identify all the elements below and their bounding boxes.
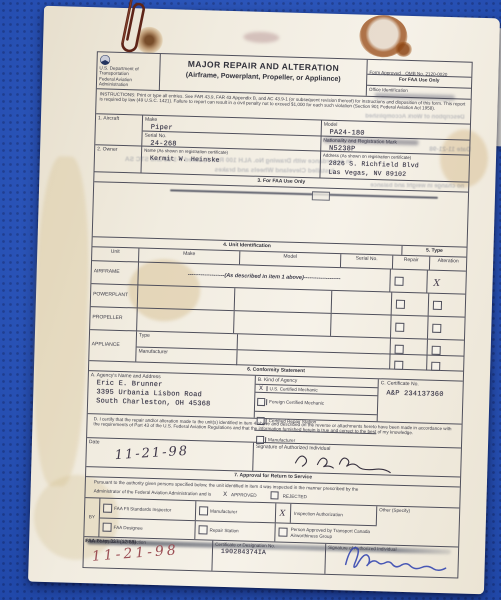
by-label: BY bbox=[84, 498, 99, 536]
repair-station-checkbox bbox=[198, 526, 207, 535]
section-3-label: 3. For FAA Use Only bbox=[257, 178, 305, 185]
inspection-authorization-x-mark: X bbox=[278, 508, 287, 517]
inspection-authorization-label: Inspection Authorization bbox=[290, 504, 343, 524]
propeller-make-cell bbox=[136, 308, 234, 333]
col-serial: Serial No. bbox=[340, 254, 392, 268]
propeller-serial-cell bbox=[330, 314, 391, 338]
powerplant-label: POWERPLANT bbox=[91, 284, 138, 307]
conformity-signature-handwriting bbox=[283, 451, 414, 475]
propeller-model-cell bbox=[233, 311, 331, 336]
other-specify-label: Other (Specify) bbox=[377, 506, 459, 516]
appliance-type-repair-cell bbox=[390, 339, 427, 355]
repair-station-label: Repair Station bbox=[209, 528, 238, 534]
kind-of-agency-cell: B. Kind of Agency X U.S. Certified Mecha… bbox=[254, 376, 378, 421]
col-alteration: Alteration bbox=[429, 257, 466, 271]
powerplant-repair-cell bbox=[391, 293, 429, 316]
title-block: MAJOR REPAIR AND ALTERATION (Airframe, P… bbox=[159, 54, 367, 96]
conformity-date-cell: Date 11-21-98 bbox=[86, 438, 253, 471]
by-faa-designee-cell: FAA Designee bbox=[99, 518, 194, 539]
photo-scene: U.S. Department of Transportation Federa… bbox=[0, 0, 501, 600]
faa-designee-checkbox bbox=[102, 523, 111, 532]
section-5-label: 5. Type bbox=[401, 246, 466, 257]
conformity-signature-cell: Signature of Authorized Individual bbox=[252, 443, 461, 477]
certificate-no-value: A&P 234137360 bbox=[378, 389, 462, 400]
certificate-no-cell: C. Certificate No. A&P 234137360 bbox=[377, 379, 463, 423]
faa-form-337: U.S. Department of Transportation Federa… bbox=[82, 51, 472, 578]
paper-sheet: U.S. Department of Transportation Federa… bbox=[28, 6, 500, 595]
manufacturer-label: Manufacturer bbox=[210, 508, 237, 514]
stain-left-band bbox=[31, 156, 92, 487]
appliance-mfr-repair-cell bbox=[389, 355, 426, 371]
airframe-repair-cell bbox=[389, 270, 427, 293]
propeller-alteration-checkbox bbox=[432, 324, 441, 333]
appliance-mfr-alteration-cell bbox=[426, 356, 463, 372]
powerplant-serial-cell bbox=[331, 291, 392, 315]
appliance-label: APPLIANCE bbox=[89, 330, 136, 361]
section-3-empty-area bbox=[93, 181, 468, 246]
header-right-block: Form Approved OMB No. 2120-0020 For FAA … bbox=[366, 60, 472, 99]
approved-label: APPROVED bbox=[231, 492, 257, 498]
airframe-repair-checkbox bbox=[394, 277, 403, 286]
faa-flt-standards-label: FAA Flt Standards Inspector bbox=[114, 505, 171, 512]
kind-foreign-checkbox bbox=[255, 393, 266, 411]
designation-no-cell: Certificate or Designation No. 190284374… bbox=[211, 541, 325, 574]
section-2-label: 2. Owner bbox=[95, 145, 142, 172]
faa-flt-standards-checkbox bbox=[103, 503, 112, 512]
certificate-no-label: C. Certificate No. bbox=[379, 379, 463, 389]
appliance-manufacturer-label: Manufacturer bbox=[136, 347, 236, 365]
approval-signature-handwriting bbox=[327, 542, 460, 574]
faa-label: Federal Aviation Administration bbox=[99, 76, 157, 88]
propeller-label: PROPELLER bbox=[90, 307, 137, 330]
faa-use-strike-box bbox=[312, 191, 330, 200]
propeller-alteration-cell bbox=[427, 317, 465, 340]
powerplant-repair-checkbox bbox=[396, 300, 405, 309]
propeller-repair-checkbox bbox=[395, 323, 404, 332]
airframe-label: AIRFRAME bbox=[91, 261, 138, 284]
agency-name-address-cell: A. Agency's Name and Address Eric E. Bru… bbox=[88, 371, 255, 418]
kind-foreign-certified-mechanic: Foreign Certified Mechanic bbox=[266, 399, 377, 408]
faa-designee-label: FAA Designee bbox=[114, 525, 143, 531]
transport-canada-checkbox bbox=[278, 528, 287, 537]
appliance-type-alteration-cell bbox=[427, 340, 464, 356]
stain-top-right-ring bbox=[359, 15, 408, 58]
conformity-date-handwritten: 11-21-98 bbox=[114, 444, 189, 463]
propeller-repair-cell bbox=[390, 316, 428, 339]
stain-top-right-blob bbox=[395, 42, 412, 57]
approved-x-mark: X bbox=[223, 492, 227, 498]
airframe-alteration-x-mark: X bbox=[433, 279, 440, 289]
col-unit: Unit bbox=[92, 247, 138, 261]
col-repair: Repair bbox=[392, 256, 429, 270]
pursuant-line2: Administrator of the Federal Aviation Ad… bbox=[94, 488, 212, 497]
other-specify-cell: Other (Specify) bbox=[376, 506, 459, 527]
manufacturer-checkbox bbox=[199, 506, 208, 515]
appliance-mfr-repair-checkbox bbox=[394, 361, 403, 370]
dot-agency-block: U.S. Department of Transportation Federa… bbox=[97, 52, 160, 90]
stain-top-middle bbox=[243, 31, 279, 43]
appliance-mfr-alteration-checkbox bbox=[431, 362, 440, 371]
powerplant-alteration-checkbox bbox=[433, 301, 442, 310]
dot-logo-icon bbox=[99, 54, 110, 65]
rejected-checkbox bbox=[271, 492, 279, 500]
office-identification-label: Office Identification bbox=[367, 86, 471, 96]
designation-no-value: 190284374IA bbox=[213, 548, 325, 560]
approval-date-handwritten: 11-21-98 bbox=[91, 542, 179, 565]
transport-canada-label: Person Approved by Transport Canada Airw… bbox=[290, 527, 376, 540]
section-1-label: 1. Aircraft bbox=[95, 114, 142, 145]
by-manufacturer-cell: Manufacturer bbox=[195, 501, 275, 522]
airframe-alteration-cell: X bbox=[426, 271, 466, 294]
powerplant-alteration-cell bbox=[428, 294, 466, 317]
faa-use-strike-line bbox=[170, 189, 438, 198]
powerplant-make-cell bbox=[137, 285, 235, 310]
bleedthrough-instructions: Description of Work Accomplished bbox=[365, 114, 464, 121]
approval-signature-cell: Signature of Authorized Individual bbox=[324, 544, 458, 578]
rejected-label: REJECTED bbox=[283, 493, 307, 499]
powerplant-model-cell bbox=[234, 288, 332, 313]
by-transport-canada-cell: Person Approved by Transport Canada Airw… bbox=[274, 523, 376, 544]
by-repair-station-cell: Repair Station bbox=[194, 521, 274, 542]
